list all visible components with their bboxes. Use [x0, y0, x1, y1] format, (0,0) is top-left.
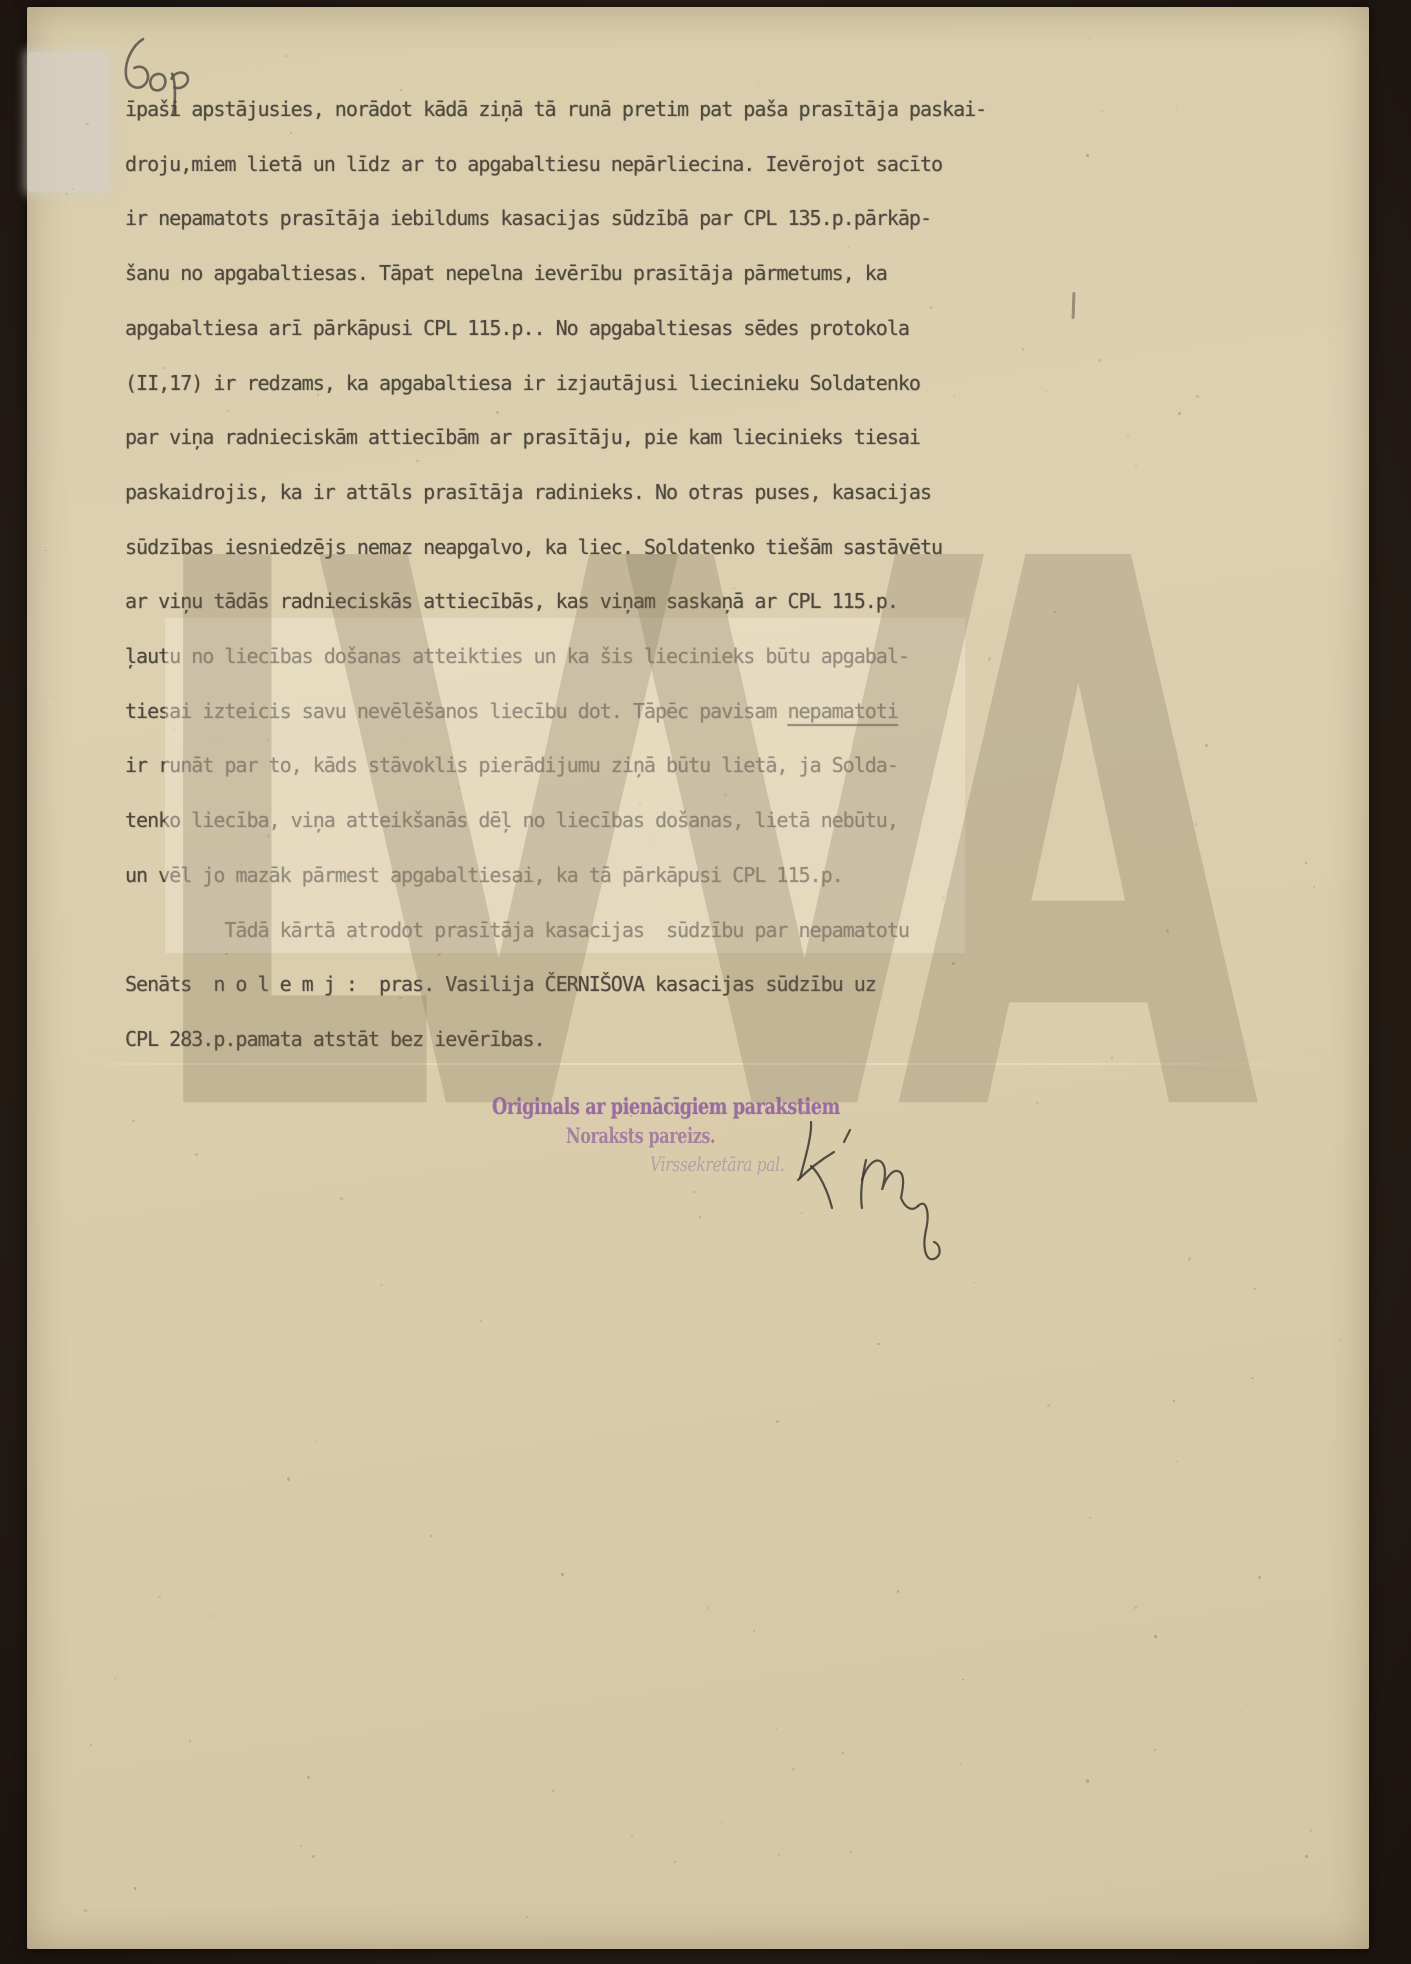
- handwritten-signature: [778, 1108, 968, 1278]
- typed-line: Senāts n o l e m j : pras. Vasilija ČERN…: [125, 957, 1075, 1012]
- tape-patch: [28, 52, 108, 192]
- scanned-document: īpaši apstājusies, norādot kādā ziņā tā …: [0, 0, 1411, 1964]
- typed-line: par viņa radnieciskām attiecībām ar pras…: [125, 410, 1075, 465]
- typed-line: tenko liecība, viņa atteikšanās dēļ no l…: [125, 793, 1075, 848]
- typed-line: ar viņu tādās radnieciskās attiecībās, k…: [125, 574, 1075, 629]
- typed-text-block: īpaši apstājusies, norādot kādā ziņā tā …: [125, 82, 1075, 1067]
- underlined-word: nepamatoti: [787, 699, 897, 723]
- typed-line: ļautu no liecības došanas atteikties un …: [125, 629, 1075, 684]
- stamp-line-virssekretara: Virssekretāra pal.: [650, 1152, 784, 1176]
- typed-line: šanu no apgabaltiesas. Tāpat nepelna iev…: [125, 246, 1075, 301]
- typed-line: droju,miem lietā un līdz ar to apgabalti…: [125, 137, 1075, 192]
- signature-ink-icon: [778, 1108, 968, 1278]
- typed-line: un vēl jo mazāk pārmest apgabaltiesai, k…: [125, 848, 1075, 903]
- typed-line: tiesai izteicis savu nevēlēšanos liecību…: [125, 684, 1075, 739]
- typed-line: sūdzības iesniedzējs nemaz neapgalvo, ka…: [125, 520, 1075, 575]
- stamp-line-noraksts: Noraksts pareizs.: [566, 1123, 715, 1148]
- typed-line: ir runāt par to, kāds stāvoklis pierādij…: [125, 738, 1075, 793]
- typed-line: ir nepamatots prasītāja iebildums kasaci…: [125, 191, 1075, 246]
- typed-line: Tādā kārtā atrodot prasītāja kasacijas s…: [125, 903, 1075, 958]
- typed-line: īpaši apstājusies, norādot kādā ziņā tā …: [125, 82, 1075, 137]
- typed-line: apgabaltiesa arī pārkāpusi CPL 115.p.. N…: [125, 301, 1075, 356]
- typed-line: CPL 283.p.pamata atstāt bez ievērības.: [125, 1012, 1075, 1067]
- typed-line: paskaidrojis, ka ir attāls prasītāja rad…: [125, 465, 1075, 520]
- typed-line: (II,17) ir redzams, ka apgabaltiesa ir i…: [125, 356, 1075, 411]
